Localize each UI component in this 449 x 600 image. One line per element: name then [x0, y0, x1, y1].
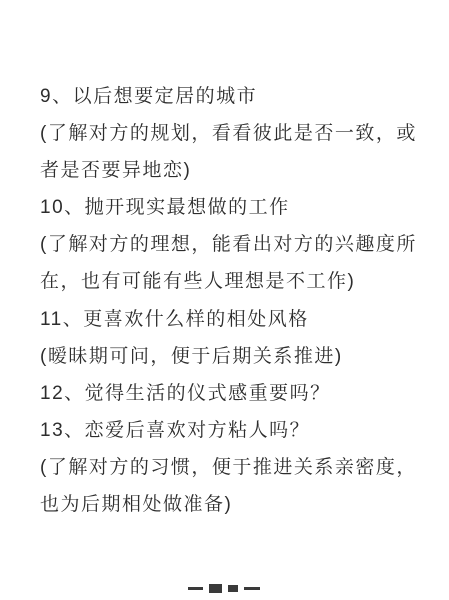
note-line: (暧昧期可问，便于后期关系推进): [40, 338, 419, 375]
question-item-13: 13、恋爱后喜欢对方粘人吗？: [40, 412, 419, 449]
question-item-10: 10、抛开现实最想做的工作: [40, 189, 419, 226]
fragment-shape: [188, 587, 203, 590]
cut-off-text-fragment: [188, 584, 262, 594]
note-line: 也为后期相处做准备): [40, 486, 419, 523]
note-line: (了解对方的规划，看看彼此是否一致，或: [40, 115, 419, 152]
fragment-shape: [228, 585, 238, 592]
text-content: 9、以后想要定居的城市 (了解对方的规划，看看彼此是否一致，或 者是否要异地恋)…: [0, 0, 449, 523]
note-line: (了解对方的理想，能看出对方的兴趣度所: [40, 226, 419, 263]
note-line: 者是否要异地恋): [40, 152, 419, 189]
page-background: { "page": { "background": "#ffffff", "te…: [0, 0, 449, 600]
question-item-11: 11、更喜欢什么样的相处风格: [40, 301, 419, 338]
fragment-shape: [209, 584, 222, 593]
note-line: 在，也有可能有些人理想是不工作): [40, 263, 419, 300]
question-item-12: 12、觉得生活的仪式感重要吗？: [40, 375, 419, 412]
fragment-shape: [244, 587, 260, 590]
note-line: (了解对方的习惯，便于推进关系亲密度，: [40, 449, 419, 486]
question-item-9: 9、以后想要定居的城市: [40, 78, 419, 115]
